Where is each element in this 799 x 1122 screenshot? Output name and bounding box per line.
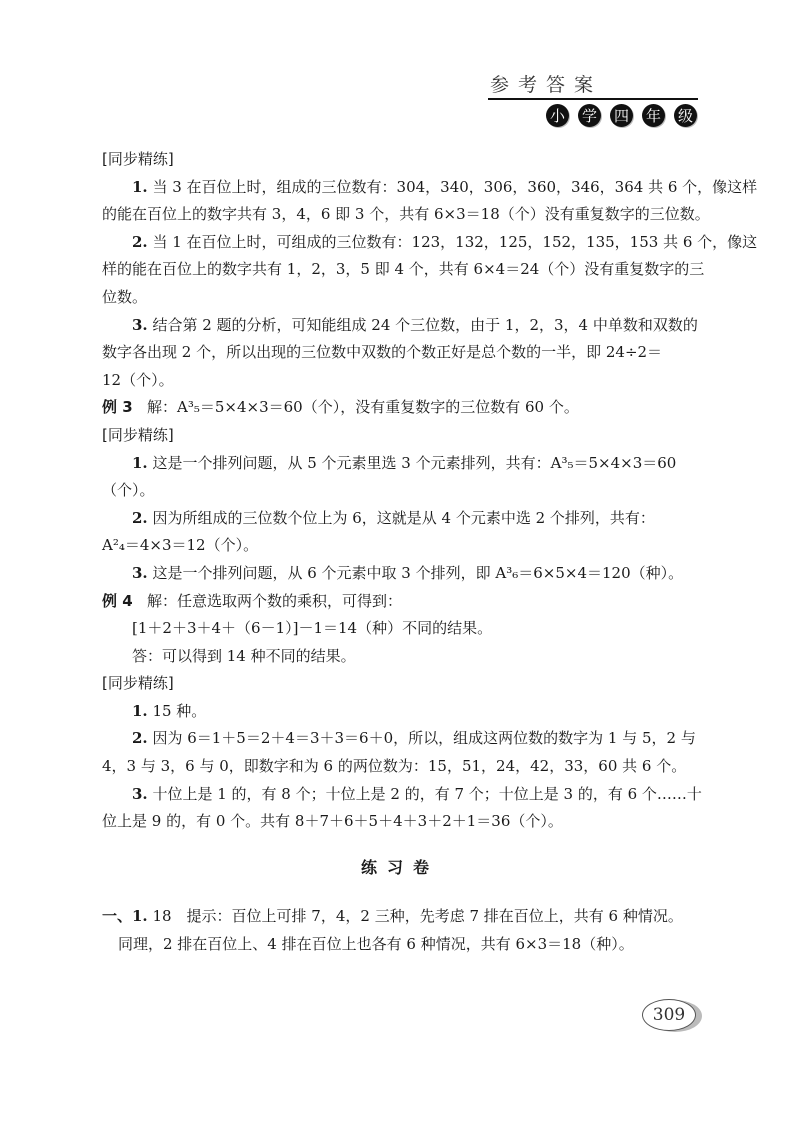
section-tag: [同步精练] xyxy=(102,670,698,698)
item-number: 2. xyxy=(132,729,148,747)
grade-badge: 小 xyxy=(546,104,569,127)
answer-text: 12（个）。 xyxy=(102,367,698,395)
item-number: 一、1. xyxy=(102,907,148,925)
answer-line: 3. 这是一个排列问题，从 6 个元素中取 3 个排列，即 A³₆＝6×5×4＝… xyxy=(102,560,698,588)
item-number: 2. xyxy=(132,509,148,527)
grade-badge: 年 xyxy=(642,104,665,127)
answer-text: 位上是 9 的，有 0 个。共有 8＋7＋6＋5＋4＋3＋2＋1＝36（个）。 xyxy=(102,808,698,836)
answer-line: 2. 当 1 在百位上时，可组成的三位数有：123，132，125，152，13… xyxy=(102,229,698,257)
answer-text: 样的能在百位上的数字共有 1，2，3，5 即 4 个，共有 6×4＝24（个）没… xyxy=(102,256,698,284)
example-label: 例 4 xyxy=(102,592,133,610)
item-number: 3. xyxy=(132,316,148,334)
answer-text: 这是一个排列问题，从 5 个元素里选 3 个元素排列，共有：A³₅＝5×4×3＝… xyxy=(152,454,676,472)
answer-text: 因为 6＝1＋5＝2＋4＝3＋3＝6＋0，所以，组成这两位数的数字为 1 与 5… xyxy=(152,729,695,747)
answer-line: 2. 因为 6＝1＋5＝2＋4＝3＋3＝6＋0，所以，组成这两位数的数字为 1 … xyxy=(102,725,698,753)
header-title: 参考答案 xyxy=(488,70,700,97)
answer-text: 因为所组成的三位数个位上为 6，这就是从 4 个元素中选 2 个排列，共有： xyxy=(152,509,654,527)
answer-text: 位数。 xyxy=(102,284,698,312)
running-header: 参考答案 小 学 四 年 级 xyxy=(488,70,700,97)
page-number: 309 xyxy=(642,999,696,1031)
item-number: 3. xyxy=(132,564,148,582)
answer-text: 当 1 在百位上时，可组成的三位数有：123，132，125，152，135，1… xyxy=(152,233,757,251)
grade-badge: 级 xyxy=(674,104,697,127)
answer-text: 这是一个排列问题，从 6 个元素中取 3 个排列，即 A³₆＝6×5×4＝120… xyxy=(152,564,683,582)
answer-line: 3. 结合第 2 题的分析，可知能组成 24 个三位数，由于 1，2，3，4 中… xyxy=(102,312,698,340)
answer-line: 2. 因为所组成的三位数个位上为 6，这就是从 4 个元素中选 2 个排列，共有… xyxy=(102,505,698,533)
answer-text: 15 种。 xyxy=(152,702,206,720)
answer-text: 解：任意选取两个数的乘积，可得到： xyxy=(147,592,402,610)
answer-text: 18 提示：百位上可排 7，4，2 三种，先考虑 7 排在百位上，共有 6 种情… xyxy=(152,907,682,925)
item-number: 1. xyxy=(132,454,148,472)
item-number: 2. xyxy=(132,233,148,251)
answer-text: 答：可以得到 14 种不同的结果。 xyxy=(102,643,698,671)
answer-text: 4，3 与 3，6 与 0，即数字和为 6 的两位数为：15，51，24，42，… xyxy=(102,753,698,781)
answer-text: A²₄＝4×3＝12（个）。 xyxy=(102,532,698,560)
section-tag: [同步精练] xyxy=(102,422,698,450)
grade-badge: 学 xyxy=(578,104,601,127)
answer-text: （个）。 xyxy=(102,477,698,505)
section-tag: [同步精练] xyxy=(102,146,698,174)
answer-text: [1＋2＋3＋4＋（6－1）]－1＝14（种）不同的结果。 xyxy=(102,615,698,643)
answer-text: 结合第 2 题的分析，可知能组成 24 个三位数，由于 1，2，3，4 中单数和… xyxy=(152,316,697,334)
header-rule xyxy=(488,98,698,100)
example-line: 例 3 解：A³₅＝5×4×3＝60（个），没有重复数字的三位数有 60 个。 xyxy=(102,394,698,422)
answer-text: 十位上是 1 的，有 8 个；十位上是 2 的，有 7 个；十位上是 3 的，有… xyxy=(152,785,701,803)
item-number: 1. xyxy=(132,702,148,720)
answer-text: 同理，2 排在百位上、4 排在百位上也各有 6 种情况，共有 6×3＝18（种）… xyxy=(102,931,698,959)
item-number: 3. xyxy=(132,785,148,803)
answer-text: 的能在百位上的数字共有 3，4，6 即 3 个，共有 6×3＝18（个）没有重复… xyxy=(102,201,698,229)
answer-line: 1. 当 3 在百位上时，组成的三位数有：304，340，306，360，346… xyxy=(102,174,698,202)
example-line: 例 4 解：任意选取两个数的乘积，可得到： xyxy=(102,588,698,616)
page-content: [同步精练] 1. 当 3 在百位上时，组成的三位数有：304，340，306，… xyxy=(102,146,698,959)
answer-text: 数字各出现 2 个，所以出现的三位数中双数的个数正好是总个数的一半，即 24÷2… xyxy=(102,339,698,367)
answer-line: 1. 这是一个排列问题，从 5 个元素里选 3 个元素排列，共有：A³₅＝5×4… xyxy=(102,450,698,478)
grade-badge: 四 xyxy=(610,104,633,127)
example-label: 例 3 xyxy=(102,398,133,416)
practice-title: 练习卷 xyxy=(102,854,698,882)
grade-badges: 小 学 四 年 级 xyxy=(546,104,697,127)
answer-line: 1. 15 种。 xyxy=(102,698,698,726)
item-number: 1. xyxy=(132,178,148,196)
answer-text: 解：A³₅＝5×4×3＝60（个），没有重复数字的三位数有 60 个。 xyxy=(147,398,579,416)
answer-line: 3. 十位上是 1 的，有 8 个；十位上是 2 的，有 7 个；十位上是 3 … xyxy=(102,781,698,809)
answer-line: 一、1. 18 提示：百位上可排 7，4，2 三种，先考虑 7 排在百位上，共有… xyxy=(102,903,698,931)
answer-text: 当 3 在百位上时，组成的三位数有：304，340，306，360，346，36… xyxy=(152,178,757,196)
